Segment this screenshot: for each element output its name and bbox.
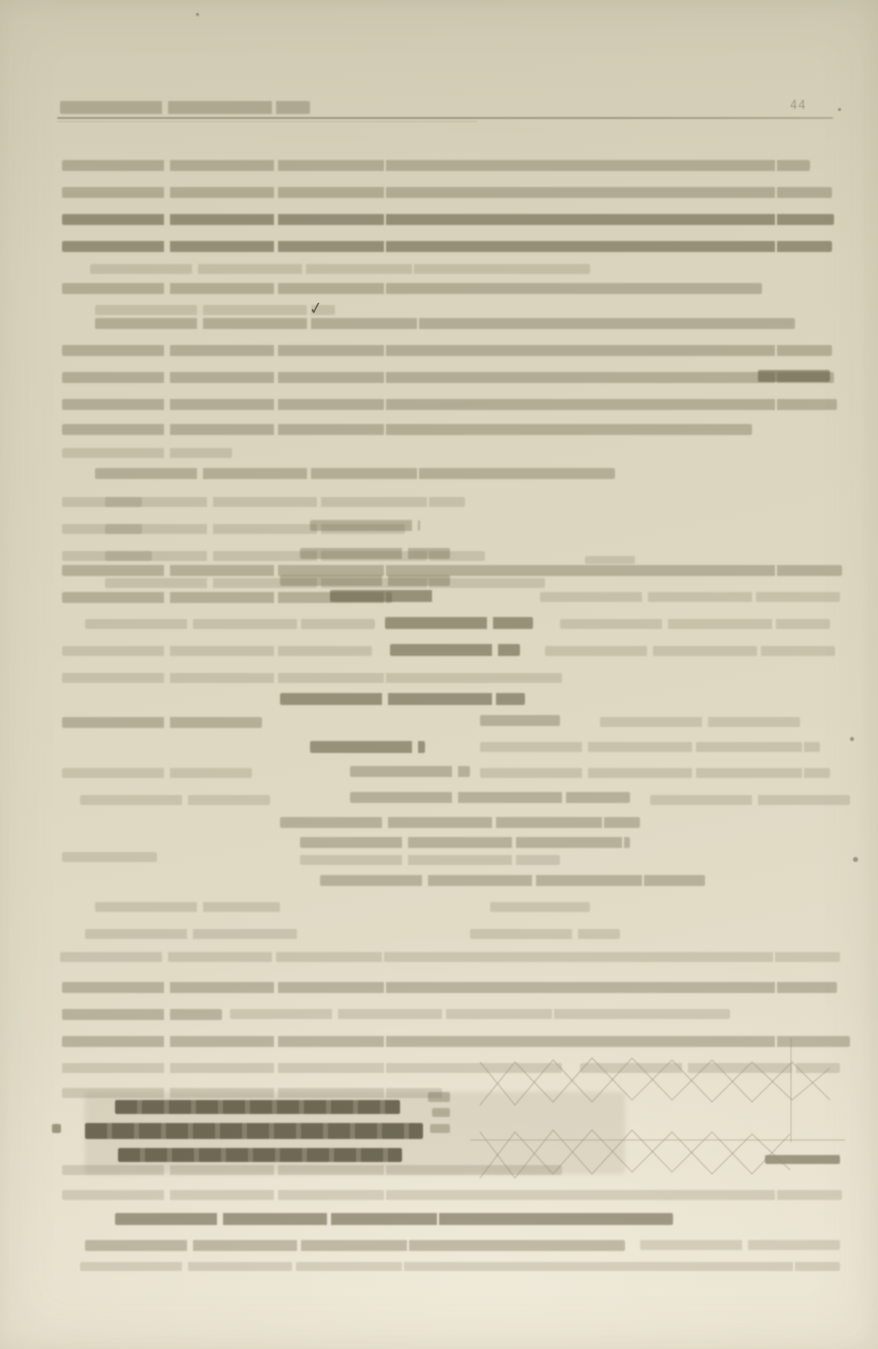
showthrough-zigzag bbox=[480, 1130, 790, 1178]
showthrough-zigzag bbox=[480, 1058, 830, 1105]
chart-showthrough-lines bbox=[0, 0, 878, 1349]
showthrough-zigzag bbox=[480, 1130, 790, 1178]
scanned-document-page: 44 ✓ bbox=[0, 0, 878, 1349]
